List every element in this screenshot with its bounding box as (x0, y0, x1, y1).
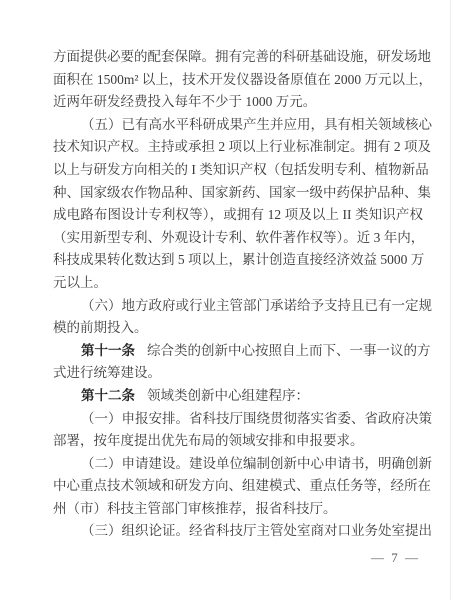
text-line: 第十一条综合类的创新中心按照自上而下、一事一议的方 (53, 340, 423, 363)
article-text: 综合类的创新中心按照自上而下、一事一议的方 (147, 343, 431, 358)
article-text: 领域类创新中心组建程序： (147, 388, 309, 403)
page-number: — 7 — (371, 550, 420, 566)
text-line: 第十二条领域类创新中心组建程序： (53, 385, 423, 408)
text-line: 式进行统筹建设。 (53, 362, 423, 385)
text-line: 科技成果转化数达到 5 项以上，累计创造直接经济效益 5000 万 (53, 249, 423, 272)
text-line: （三）组织论证。经省科技厅主管处室商对口业务处室提出 (53, 520, 423, 543)
text-line: 中心重点技术领域和研发方向、组建模式、重点任务等，经所在 (53, 475, 423, 498)
text-line: 方面提供必要的配套保障。拥有完善的科研基础设施，研发场地 (53, 46, 423, 69)
text-line: 种、国家级农作物品种、国家新药、国家一级中药保护品种、集 (53, 182, 423, 205)
text-line: （六）地方政府或行业主管部门承诺给予支持且已有一定规 (53, 295, 423, 318)
text-line: 州（市）科技主管部门审核推荐，报省科技厅。 (53, 498, 423, 521)
text-line: （一）申报安排。省科技厅围绕贯彻落实省委、省政府决策 (53, 408, 423, 431)
text-line: 成电路布图设计专利权等），或拥有 12 项及以上 II 类知识产权 (53, 204, 423, 227)
text-line: （二）申请建设。建设单位编制创新中心申请书，明确创新 (53, 453, 423, 476)
text-line: 部署，按年度提出优先布局的领域安排和申报要求。 (53, 430, 423, 453)
article-number: 第十一条 (81, 343, 135, 358)
text-line: （五）已有高水平科研成果产生并应用，具有相关领域核心 (53, 114, 423, 137)
document-body: 方面提供必要的配套保障。拥有完善的科研基础设施，研发场地 面积在 1500m² … (53, 46, 423, 543)
text-line: 以上与研发方向相关的 I 类知识产权（包括发明专利、植物新品 (53, 159, 423, 182)
text-line: 模的前期投入。 (53, 317, 423, 340)
text-line: 技术知识产权。主持或承担 2 项以上行业标准制定。拥有 2 项及 (53, 136, 423, 159)
article-number: 第十二条 (81, 388, 135, 403)
text-line: 面积在 1500m² 以上，技术开发仪器设备原值在 2000 万元以上， (53, 69, 423, 92)
text-line: 近两年研发经费投入每年不少于 1000 万元。 (53, 91, 423, 114)
document-page: { "page": { "lines": [ { "text": "方面提供必要… (0, 0, 457, 600)
text-line: （实用新型专利、外观设计专利、软件著作权等）。近 3 年内， (53, 227, 423, 250)
text-line: 元以上。 (53, 272, 423, 295)
page-edge-line (450, 0, 451, 600)
